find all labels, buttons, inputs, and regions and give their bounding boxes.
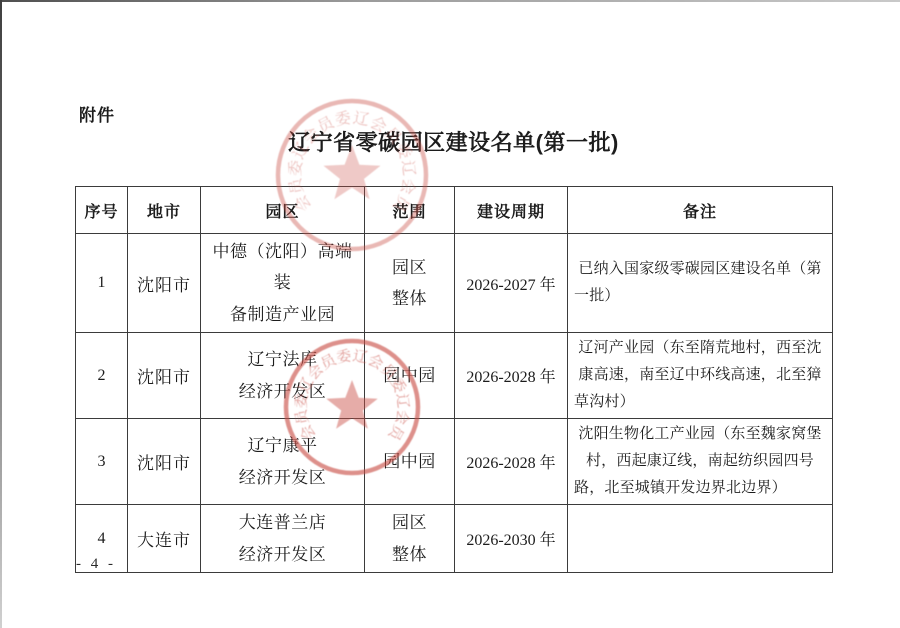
page-number: - 4 -	[76, 556, 116, 573]
cell-city: 沈阳市	[128, 234, 201, 333]
table-header-row: 序号 地市 园区 范围 建设周期 备注	[76, 187, 833, 234]
col-header-period: 建设周期	[455, 187, 568, 234]
cell-park: 辽宁法库 经济开发区	[201, 333, 365, 419]
cell-park: 辽宁康平 经济开发区	[201, 419, 365, 505]
table-row: 4 大连市 大连普兰店 经济开发区 园区 整体 2026-2030 年	[76, 505, 833, 573]
col-header-scope: 范围	[365, 187, 455, 234]
col-header-park: 园区	[201, 187, 365, 234]
cell-period: 2026-2028 年	[455, 419, 568, 505]
cell-period: 2026-2027 年	[455, 234, 568, 333]
cell-city: 沈阳市	[128, 333, 201, 419]
cell-scope: 园中园	[365, 333, 455, 419]
cell-remark: 已纳入国家级零碳园区建设名单（第一批）	[568, 234, 833, 333]
cell-remark: 沈阳生物化工产业园（东至魏家窝堡村，西起康辽线，南起纺织园四号路，北至城镇开发边…	[568, 419, 833, 505]
cell-park: 大连普兰店 经济开发区	[201, 505, 365, 573]
cell-city: 大连市	[128, 505, 201, 573]
svg-text:委: 委	[286, 159, 306, 177]
cell-no: 3	[76, 419, 128, 505]
table-row: 1 沈阳市 中德（沈阳）高端装 备制造产业园 园区 整体 2026-2027 年…	[76, 234, 833, 333]
cell-period: 2026-2030 年	[455, 505, 568, 573]
cell-period: 2026-2028 年	[455, 333, 568, 419]
cell-scope: 园区 整体	[365, 505, 455, 573]
attachment-label: 附件	[79, 101, 115, 126]
cell-scope: 园区 整体	[365, 234, 455, 333]
table-row: 2 沈阳市 辽宁法库 经济开发区 园中园 2026-2028 年 辽河产业园（东…	[76, 333, 833, 419]
cell-park: 中德（沈阳）高端装 备制造产业园	[201, 234, 365, 333]
col-header-remark: 备注	[568, 187, 833, 234]
svg-text:辽: 辽	[398, 159, 418, 177]
cell-remark: 辽河产业园（东至隋荒地村，西至沈康高速，南至辽中环线高速，北至獐草沟村）	[568, 333, 833, 419]
cell-city: 沈阳市	[128, 419, 201, 505]
cell-remark	[568, 505, 833, 573]
cell-no: 1	[76, 234, 128, 333]
cell-no: 2	[76, 333, 128, 419]
scan-edge-left	[0, 0, 2, 628]
col-header-city: 地市	[128, 187, 201, 234]
table-row: 3 沈阳市 辽宁康平 经济开发区 园中园 2026-2028 年 沈阳生物化工产…	[76, 419, 833, 505]
zero-carbon-parks-table: 序号 地市 园区 范围 建设周期 备注 1 沈阳市 中德（沈阳）高端装 备制造产…	[75, 186, 833, 573]
cell-scope: 园中园	[365, 419, 455, 505]
page-title: 辽宁省零碳园区建设名单(第一批)	[75, 126, 832, 157]
scan-edge-top	[0, 0, 900, 2]
col-header-no: 序号	[76, 187, 128, 234]
